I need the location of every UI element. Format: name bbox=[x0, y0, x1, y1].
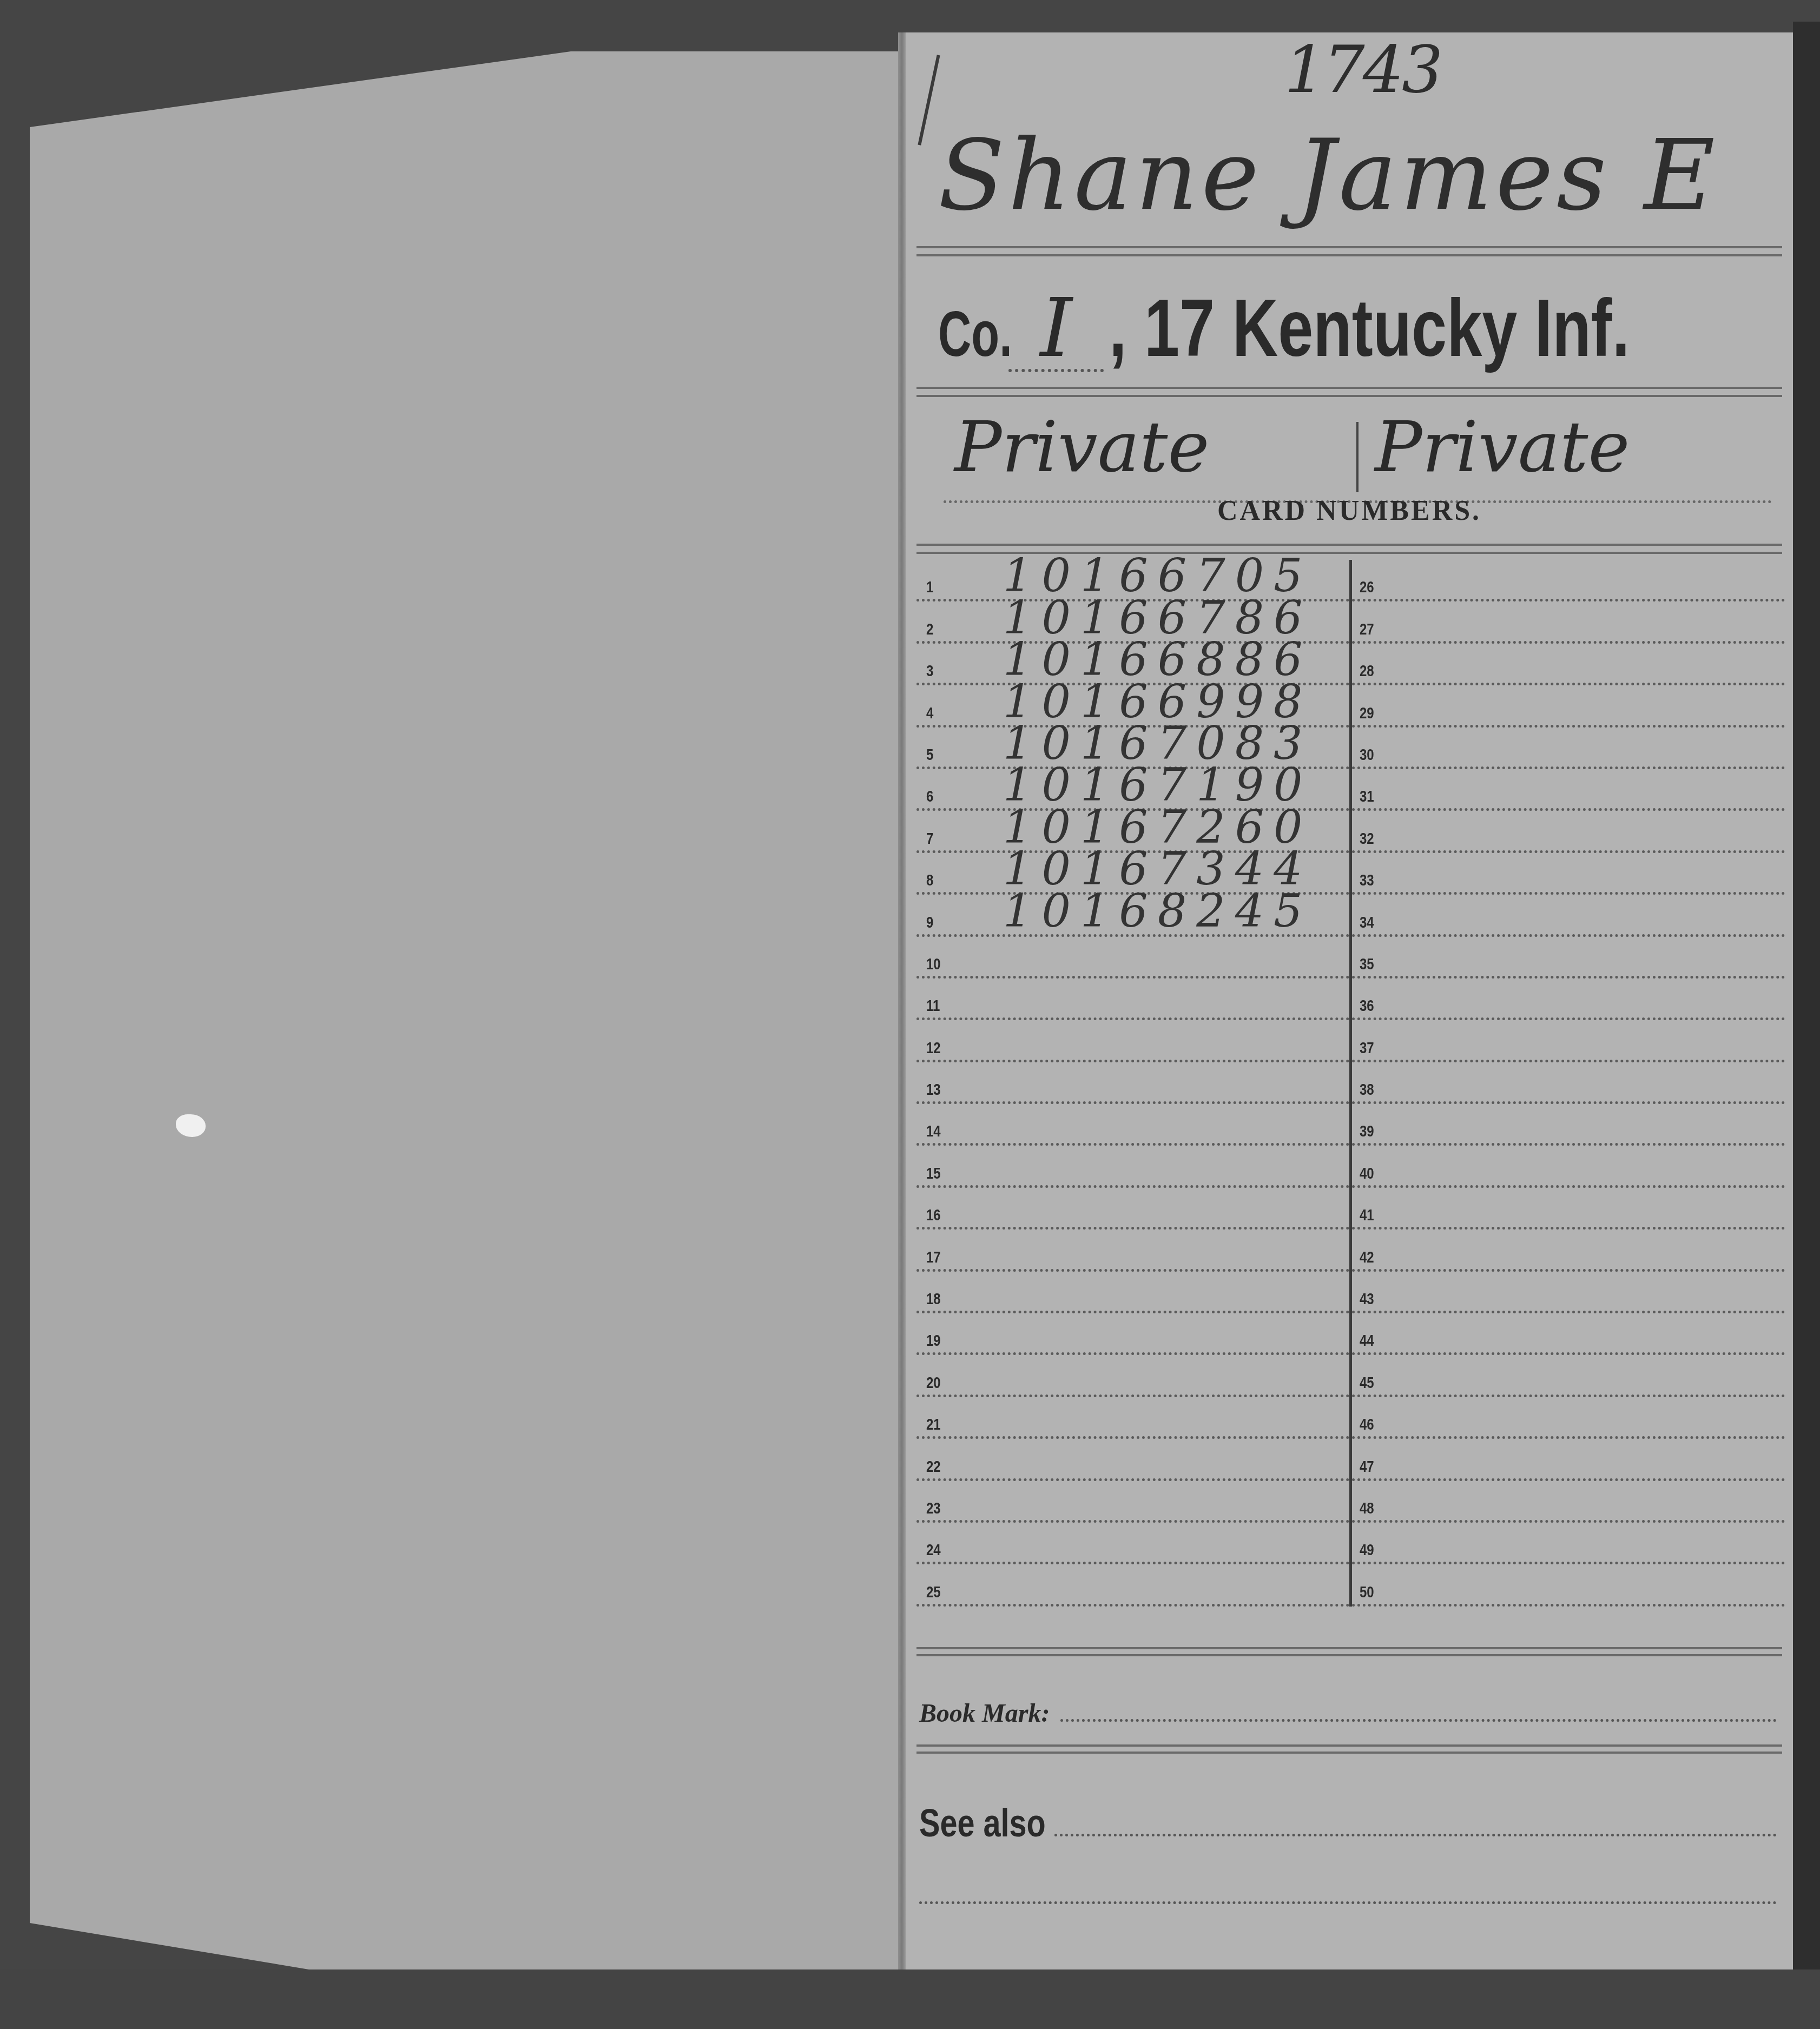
table-top-rule bbox=[916, 544, 1782, 546]
table-row: 13 bbox=[916, 1062, 1349, 1104]
card-numbers-left-column: 110166705 210166786 310166886 410166998 … bbox=[916, 560, 1349, 1607]
table-row: 41 bbox=[1352, 1188, 1785, 1230]
table-row: 15 bbox=[916, 1146, 1349, 1187]
table-row: 17 bbox=[916, 1230, 1349, 1271]
table-row: 50 bbox=[1352, 1564, 1785, 1606]
name-underline bbox=[916, 246, 1782, 248]
see-also-second-line bbox=[919, 1901, 1777, 1904]
table-bottom-rule-2 bbox=[916, 1654, 1782, 1656]
table-row: 42 bbox=[1352, 1230, 1785, 1271]
table-row: 37 bbox=[1352, 1020, 1785, 1062]
table-row: 10 bbox=[916, 937, 1349, 979]
book-mark-rule bbox=[916, 1744, 1782, 1747]
table-row: 35 bbox=[1352, 937, 1785, 979]
table-bottom-rule bbox=[916, 1647, 1782, 1649]
table-row: 19 bbox=[916, 1313, 1349, 1355]
rank-out: Private bbox=[1364, 406, 1771, 503]
folder-fold bbox=[898, 32, 906, 1980]
regiment: , 17 Kentucky Inf. bbox=[1109, 281, 1630, 375]
table-row: 20 bbox=[916, 1355, 1349, 1397]
card-number: 10168245 bbox=[1003, 884, 1313, 937]
name-underline-2 bbox=[916, 254, 1782, 256]
table-row: 26 bbox=[1352, 560, 1785, 602]
table-row: 29 bbox=[1352, 685, 1785, 727]
see-also-field: See also bbox=[919, 1801, 1777, 1846]
card-numbers-table: 110166705 210166786 310166886 410166998 … bbox=[916, 560, 1782, 1607]
table-row: 24 bbox=[916, 1523, 1349, 1564]
table-row: 27 bbox=[1352, 602, 1785, 643]
table-row: 910168245 bbox=[916, 895, 1349, 936]
table-row: 32 bbox=[1352, 811, 1785, 852]
rank-separator bbox=[1356, 422, 1359, 492]
blank-folder-panel bbox=[30, 51, 901, 1977]
table-row: 34 bbox=[1352, 895, 1785, 936]
table-row: 22 bbox=[916, 1439, 1349, 1481]
rank-in: Private bbox=[944, 406, 1351, 503]
table-row: 36 bbox=[1352, 979, 1785, 1020]
see-also-label: See also bbox=[919, 1801, 1019, 1846]
index-card: 1743 Shane James E Co. I , 17 Kentucky I… bbox=[906, 32, 1793, 1980]
company-prefix: Co. bbox=[938, 298, 981, 371]
file-number: 1743 bbox=[1284, 32, 1441, 108]
book-mark-value bbox=[1060, 1714, 1777, 1722]
table-row: 47 bbox=[1352, 1439, 1785, 1481]
table-row: 40 bbox=[1352, 1146, 1785, 1187]
table-row: 38 bbox=[1352, 1062, 1785, 1104]
paper-speck bbox=[176, 1114, 206, 1137]
scan-bottom-border bbox=[0, 1969, 1820, 2029]
scan-edge bbox=[1793, 22, 1820, 1991]
table-row: 14 bbox=[916, 1104, 1349, 1146]
rank-row: Private Private bbox=[944, 406, 1771, 503]
unit-underline bbox=[916, 387, 1782, 389]
table-row: 46 bbox=[1352, 1397, 1785, 1439]
company-value: I bbox=[1008, 288, 1104, 372]
table-row: 33 bbox=[1352, 853, 1785, 895]
table-row: 21 bbox=[916, 1397, 1349, 1439]
soldier-name: Shane James E bbox=[938, 119, 1718, 232]
table-row: 18 bbox=[916, 1272, 1349, 1313]
book-mark-field: Book Mark: bbox=[919, 1698, 1777, 1728]
book-mark-label: Book Mark: bbox=[919, 1698, 1050, 1728]
table-row: 30 bbox=[1352, 728, 1785, 769]
table-row: 45 bbox=[1352, 1355, 1785, 1397]
table-row: 25 bbox=[916, 1564, 1349, 1606]
table-row: 48 bbox=[1352, 1481, 1785, 1523]
table-row: 31 bbox=[1352, 769, 1785, 811]
handwritten-mark bbox=[918, 55, 940, 146]
table-row: 28 bbox=[1352, 644, 1785, 685]
table-row: 11 bbox=[916, 979, 1349, 1020]
card-numbers-right-column: 26 27 28 29 30 31 32 33 34 35 36 37 38 3… bbox=[1352, 560, 1785, 1607]
see-also-value bbox=[1054, 1828, 1777, 1836]
table-row: 23 bbox=[916, 1481, 1349, 1523]
unit-underline-2 bbox=[916, 395, 1782, 397]
table-row: 16 bbox=[916, 1188, 1349, 1230]
table-row: 39 bbox=[1352, 1104, 1785, 1146]
book-mark-rule-2 bbox=[916, 1752, 1782, 1754]
table-row: 44 bbox=[1352, 1313, 1785, 1355]
table-row: 12 bbox=[916, 1020, 1349, 1062]
table-row: 49 bbox=[1352, 1523, 1785, 1564]
table-row: 43 bbox=[1352, 1272, 1785, 1313]
card-numbers-title: CARD NUMBERS. bbox=[906, 495, 1793, 527]
unit-line: Co. I , 17 Kentucky Inf. bbox=[938, 281, 1777, 389]
